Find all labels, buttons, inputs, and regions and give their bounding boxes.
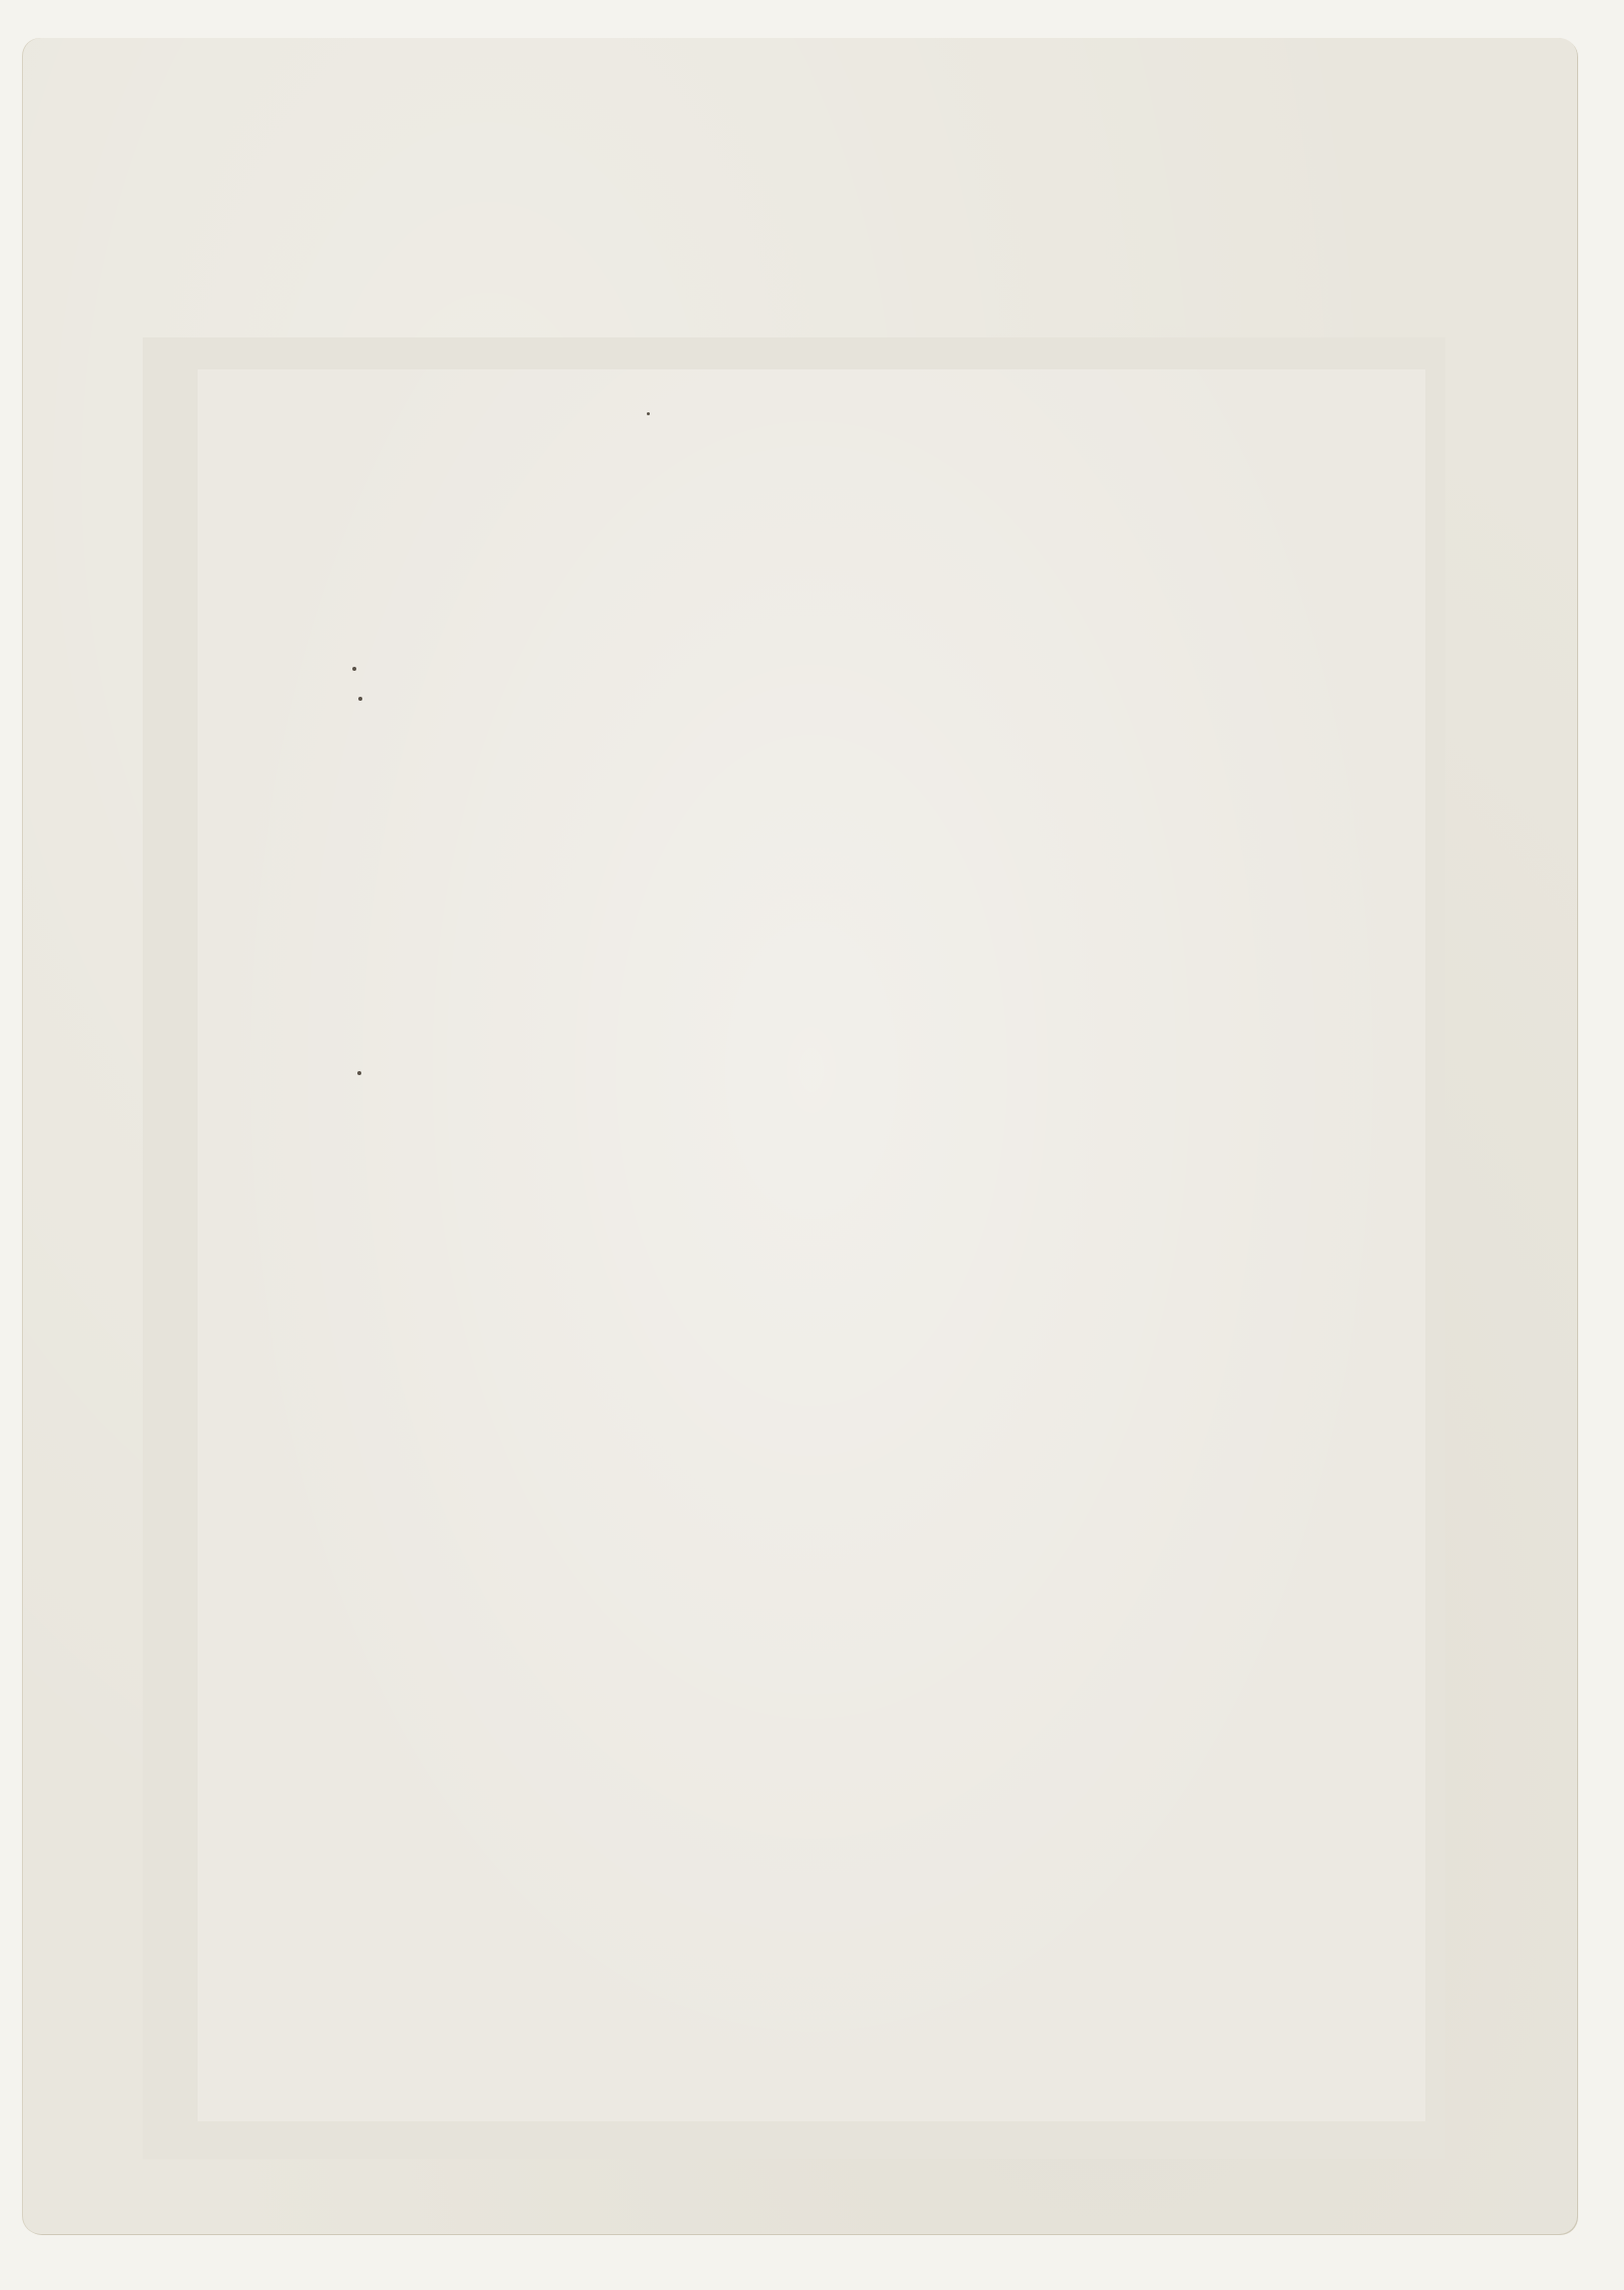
speck (358, 697, 362, 701)
inner-panel (198, 369, 1425, 2121)
photo-card-back (23, 38, 1577, 2234)
speck (647, 412, 650, 415)
speck (357, 1071, 361, 1075)
speck (352, 667, 356, 671)
